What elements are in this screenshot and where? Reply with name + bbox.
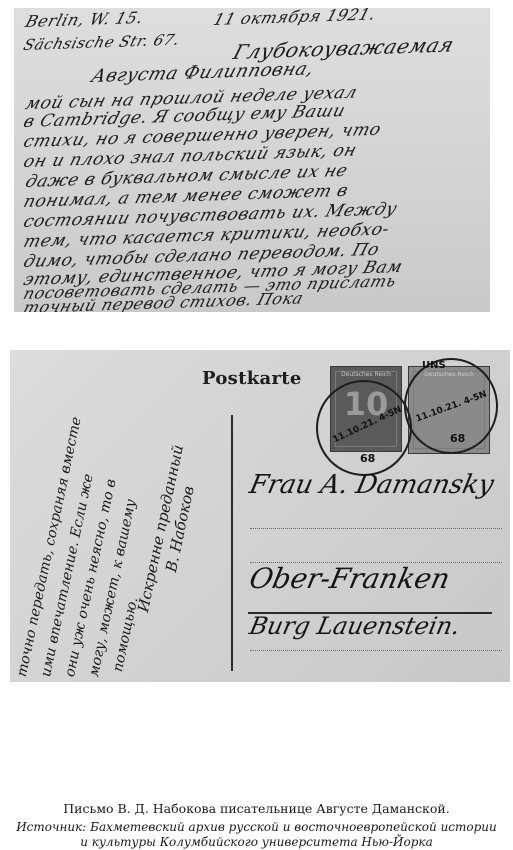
recipient-name: Frau A. Damansky [247,470,497,500]
postmark-number: 68 [450,432,465,445]
vertical-handwriting-block: точно передать, сохраняя вместе ими впеч… [10,350,190,682]
recipient-region: Ober-Franken [246,562,452,595]
address-line-dotted [250,528,502,529]
address-line-dotted [250,650,502,651]
postcard-letter-side: Berlin, W. 15. 11 октября 1921. Sächsisc… [14,8,490,312]
sender-address-line1: Berlin, W. 15. [23,8,146,31]
postkarte-label: Postkarte [202,368,302,389]
postmark-city: UNS [422,360,446,371]
figure-caption-source-cont: и культуры Колумбийского университета Нь… [0,835,513,849]
figure-caption-title: Письмо В. Д. Набокова писательнице Авгус… [0,801,513,816]
recipient-place: Burg Lauenstein. [247,612,463,640]
postcard-address-side: точно передать, сохраняя вместе ими впеч… [10,350,510,682]
letter-date: 11 октября 1921. [211,8,378,29]
vertical-divider [231,415,233,671]
figure-caption-source: Источник: Бахметевский архив русской и в… [0,820,513,834]
postmark-number: 68 [360,452,375,465]
salutation-line2: Августа Филипповна, [89,58,317,87]
sender-address-line2: Sächsische Str. 67. [21,31,182,54]
